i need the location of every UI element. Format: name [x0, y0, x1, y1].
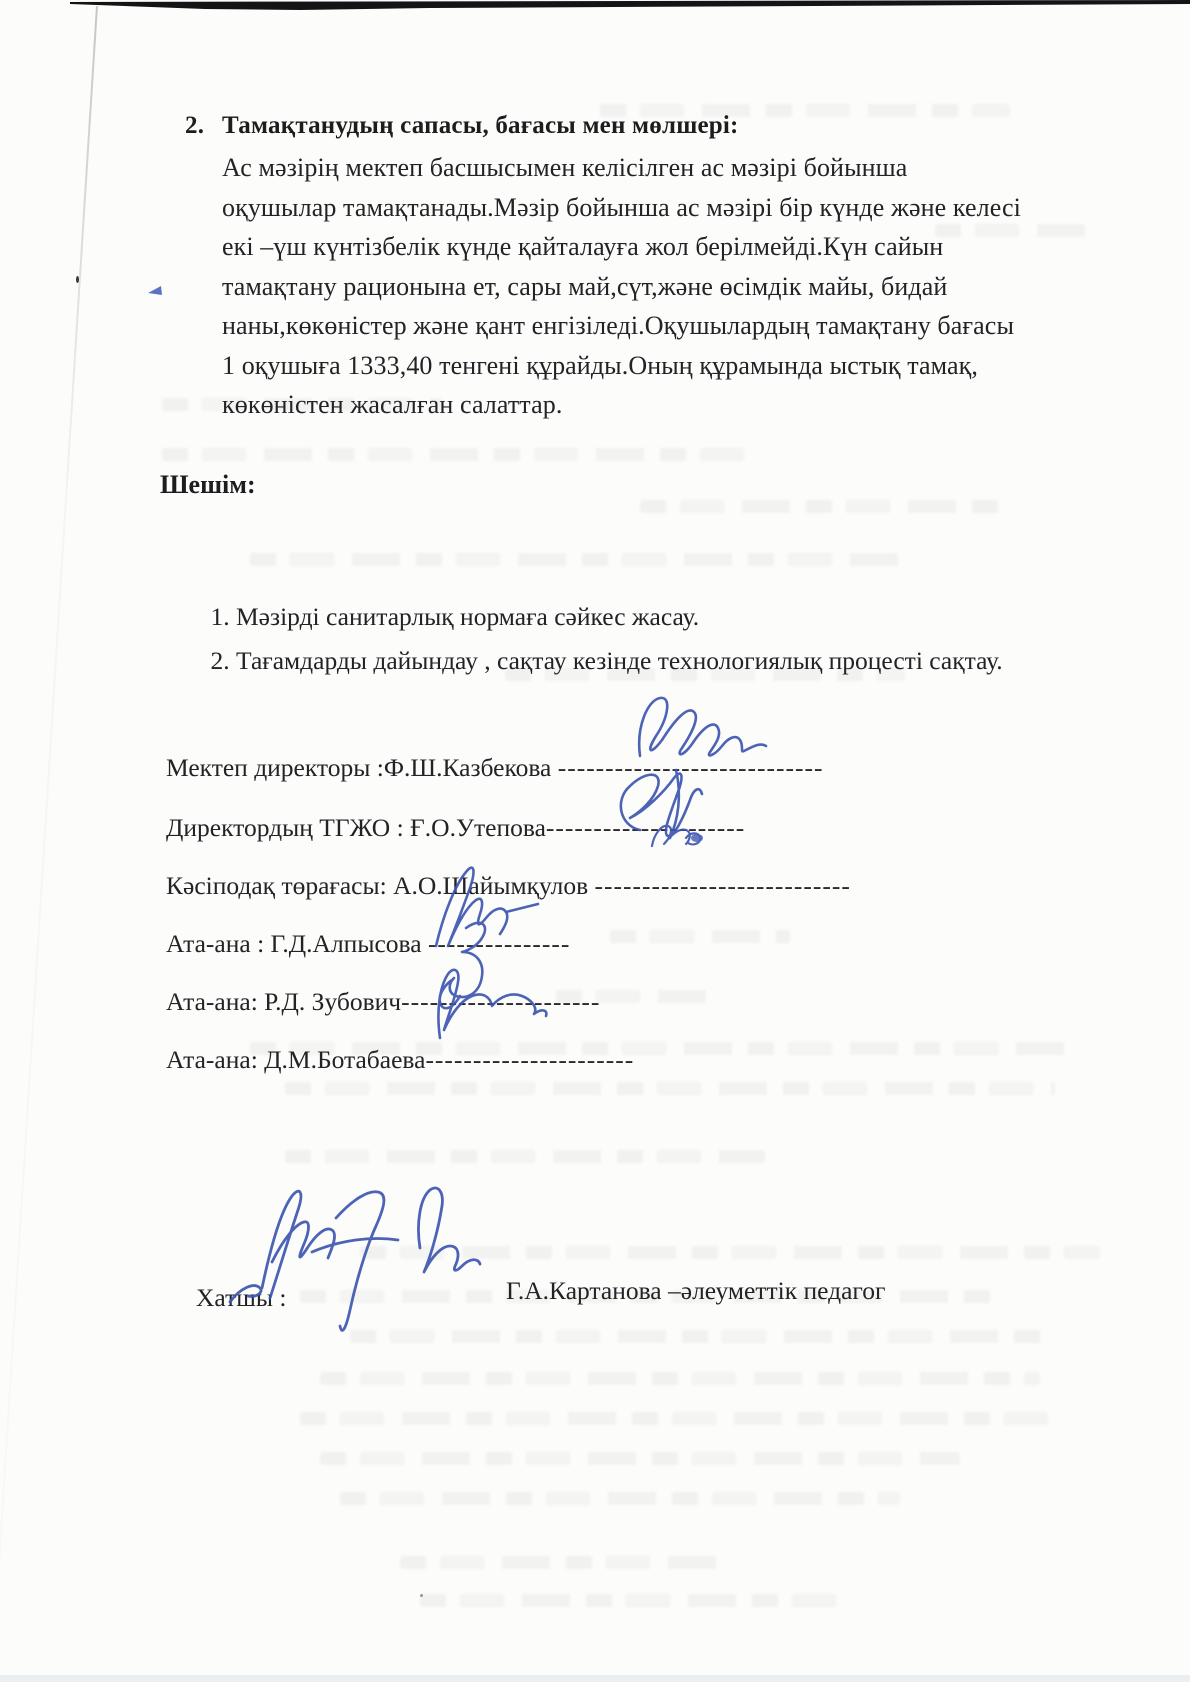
signature-row-parent-3: Ата-ана: Д.М.Ботабаева------------------… [166, 1045, 634, 1075]
decision-item: Тағамдарды дайындау , сақтау кезінде тех… [236, 644, 1003, 677]
signature-row-deputy: Директордың ТГЖО : Ғ.О.Утепова----------… [166, 813, 745, 843]
bleedthrough-text [350, 1330, 1050, 1343]
signature-row-union-chair: Кәсіподақ төрағасы: А.О.Шайымқулов -----… [166, 871, 851, 901]
pen-mark [148, 286, 162, 295]
bleedthrough-text [340, 1492, 900, 1505]
scan-bed-strip [0, 1675, 1190, 1682]
signature-dashes: --------------- [428, 929, 570, 958]
body-paragraph: Ас мәзірің мектеп басшысымен келісілген … [222, 148, 1052, 425]
signature-ink-director [639, 698, 766, 756]
scanned-document-page: 2.Тамақтанудың сапасы, бағасы мен мөлшер… [0, 0, 1190, 1682]
signature-label: Кәсіподақ төрағасы: А.О.Шайымқулов [166, 871, 595, 900]
ink-speck [76, 276, 79, 283]
section-number: 2. [185, 112, 222, 140]
signature-dashes: ---------------------------- [558, 753, 824, 782]
signature-row-parent-1: Ата-ана : Г.Д.Алпысова --------------- [166, 929, 570, 959]
signature-ink-secretary [272, 1222, 335, 1262]
bleedthrough-text [360, 1246, 1100, 1259]
decision-heading: Шешім: [160, 470, 256, 500]
decision-item: Мәзірді санитарлық нормаға сәйкес жасау. [236, 600, 1003, 633]
bleedthrough-text [320, 1452, 960, 1465]
bleedthrough-text [285, 1150, 765, 1163]
decision-list: Мәзірді санитарлық нормаға сәйкес жасау.… [200, 600, 1003, 688]
section-title: Тамақтанудың сапасы, бағасы мен мөлшері: [222, 112, 739, 139]
signature-label: Директордың ТГЖО : Ғ.О.Утепова [166, 813, 546, 842]
section-heading: 2.Тамақтанудың сапасы, бағасы мен мөлшер… [185, 112, 739, 140]
bleedthrough-text [300, 1412, 1050, 1425]
bleedthrough-text [250, 553, 900, 566]
signature-label: Ата-ана: Р.Д. Зубович [166, 987, 401, 1016]
signature-ink-parent-1 [506, 904, 538, 912]
signature-ink-secretary [336, 1192, 384, 1331]
bleedthrough-text [400, 1556, 720, 1569]
secretary-label: Хатшы : [196, 1283, 286, 1313]
signature-label: Ата-ана : Г.Д.Алпысова [166, 929, 428, 958]
signature-row-director: Мектеп директоры :Ф.Ш.Казбекова --------… [166, 753, 824, 783]
bleedthrough-text [320, 1372, 1040, 1385]
bleedthrough-text [610, 930, 790, 943]
signature-dashes: --------------------------- [595, 871, 851, 900]
secretary-name: Г.А.Картанова –әлеуметтік педагог [506, 1276, 885, 1306]
bleedthrough-text [162, 448, 762, 461]
signature-dashes: ---------------------- [425, 1045, 634, 1074]
bleedthrough-text [640, 500, 1010, 513]
signature-label: Мектеп директоры :Ф.Ш.Казбекова [166, 753, 558, 782]
bleedthrough-text [285, 1082, 1055, 1095]
signature-ink-secretary [418, 1188, 480, 1272]
signature-ink-secretary [262, 1191, 301, 1298]
signature-dashes: --------------------- [546, 813, 745, 842]
scan-edge-artifact [0, 0, 1190, 14]
bleedthrough-text [420, 1594, 840, 1607]
paper-edge-shadow [0, 6, 98, 1679]
signature-label: Ата-ана: Д.М.Ботабаева [166, 1045, 425, 1074]
signature-row-parent-2: Ата-ана: Р.Д. Зубович-------------------… [166, 987, 600, 1017]
signature-dashes: --------------------- [401, 987, 600, 1016]
